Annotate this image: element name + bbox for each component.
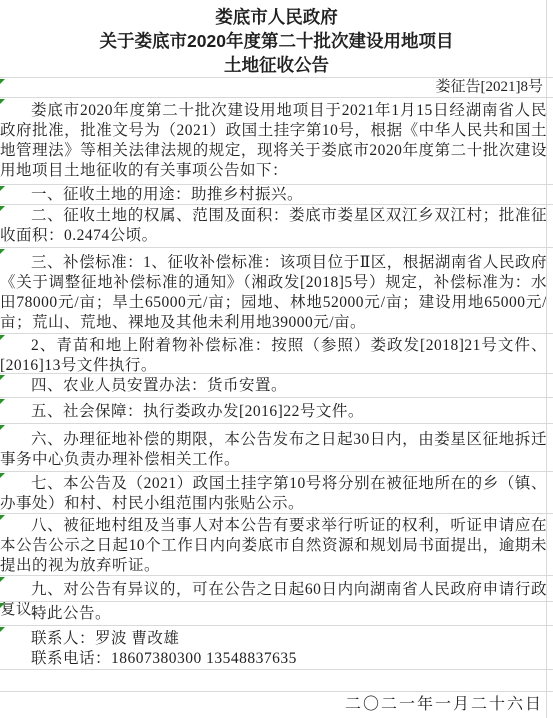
cell-marker-icon <box>0 399 5 404</box>
contact-phone: 联系电话：18607380300 13548837635 <box>0 649 553 669</box>
cell-marker-icon <box>0 603 5 608</box>
cell-marker-icon <box>0 206 5 211</box>
item-8-hearing-rights: 八、被征地村组及当事人对本公告有要求举行听证的权利，听证申请应在本公告公示之日起… <box>0 513 553 575</box>
item-5-social-security: 五、社会保障：执行娄政办发[2016]22号文件。 <box>0 397 553 423</box>
item-7-posting-notice: 七、本公告及（2021）政国土挂字第10号将分别在被征地所在的乡（镇、办事处）和… <box>0 471 553 513</box>
document-date: 二〇二一年一月二十六日 <box>345 696 543 713</box>
doc-number-row: 娄征告[2021]8号 <box>0 77 553 97</box>
item-9-administrative-review: 九、对公告有异议的，可在公告之日起60日内向湖南省人民政府申请行政复议。 <box>0 575 553 601</box>
cell-marker-icon <box>0 335 5 340</box>
column-gridline <box>546 0 547 718</box>
cell-marker-icon <box>0 515 5 520</box>
intro-paragraph: 娄底市2020年度第二十批次建设用地项目于2021年1月15日经湖南省人民政府批… <box>0 97 553 184</box>
doc-number: 娄征告[2021]8号 <box>436 79 544 95</box>
item-6-compensation-deadline: 六、办理征地补偿的期限，本公告发布之日起30日内，由娄星区征地拆迁事务中心负责办… <box>0 423 553 471</box>
item-3-compensation-standard: 三、补偿标准：1、征收补偿标准：该项目位于Ⅱ区，根据湖南省人民政府《关于调整征地… <box>0 247 553 333</box>
item-2-scope-area: 二、征收土地的权属、范围及面积：娄底市娄星区双江乡双江村；批准征收面积：0.24… <box>0 204 553 247</box>
item-1-land-use: 一、征收土地的用途：助推乡村振兴。 <box>0 184 553 204</box>
closing-statement: 特此公告。 <box>0 601 553 625</box>
title-line-2: 关于娄底市2020年度第二十批次建设用地项目 <box>0 29 553 53</box>
empty-row <box>0 669 553 691</box>
date-row: 二〇二一年一月二十六日 <box>0 691 553 718</box>
cell-marker-icon <box>0 186 5 191</box>
contact-person: 联系人：罗波 曹改雄 <box>0 629 553 649</box>
cell-marker-icon <box>0 249 5 254</box>
cell-marker-icon <box>0 99 5 104</box>
item-4-resettlement: 四、农业人员安置办法：货币安置。 <box>0 373 553 397</box>
document-title: 娄底市人民政府 关于娄底市2020年度第二十批次建设用地项目 土地征收公告 <box>0 0 553 77</box>
cell-marker-icon <box>0 473 5 478</box>
title-line-1: 娄底市人民政府 <box>0 5 553 29</box>
cell-marker-icon <box>0 425 5 430</box>
cell-marker-icon <box>0 79 5 84</box>
cell-marker-icon <box>0 375 5 380</box>
cell-marker-icon <box>0 627 5 632</box>
title-line-3: 土地征收公告 <box>0 53 553 77</box>
announcement-document: 娄底市人民政府 关于娄底市2020年度第二十批次建设用地项目 土地征收公告 娄征… <box>0 0 553 718</box>
cell-marker-icon <box>0 577 5 582</box>
item-3-sub-2-crops-attachments: 2、青苗和地上附着物补偿标准：按照（参照）娄政发[2018]21号文件、[201… <box>0 333 553 373</box>
contact-info: 联系人：罗波 曹改雄 联系电话：18607380300 13548837635 <box>0 625 553 669</box>
